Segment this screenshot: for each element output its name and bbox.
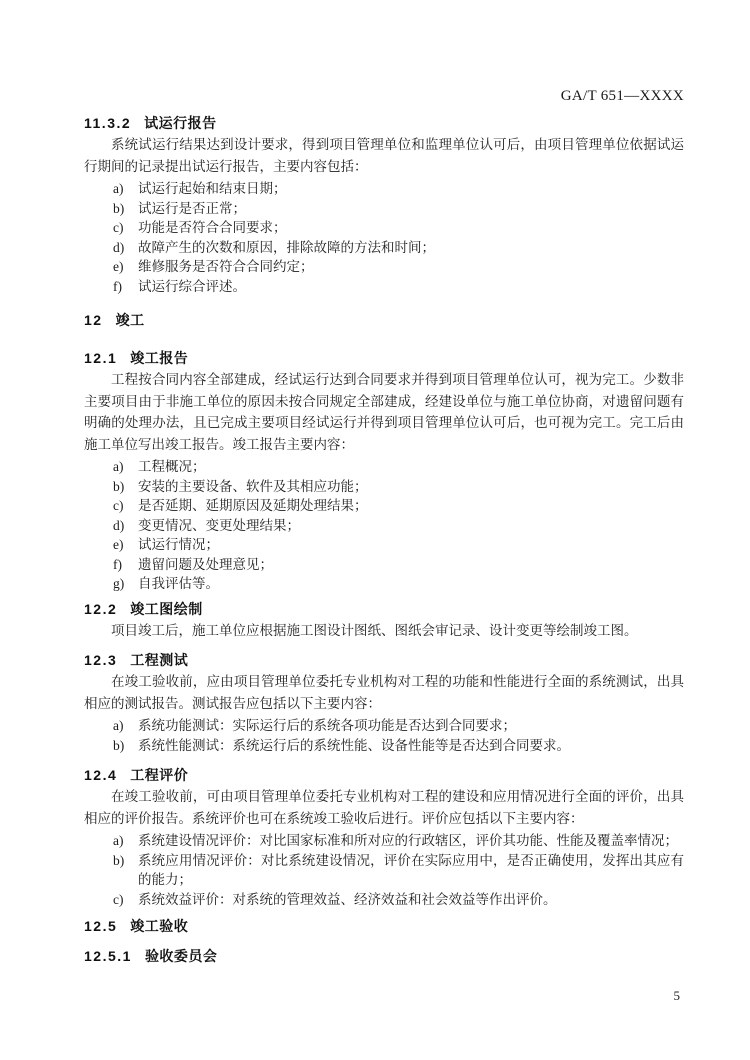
list-item-text: 是否延期、延期原因及延期处理结果； [138,496,684,516]
clause-heading-12-3: 12.3工程测试 [84,649,684,671]
list-item-text: 功能是否符合合同要求； [138,218,684,238]
clause-number: 12.5.1 [84,945,132,967]
list-item-text: 故障产生的次数和原因，排除故障的方法和时间； [138,238,684,258]
list-item-text: 维修服务是否符合合同约定； [138,257,684,277]
paragraph: 工程按合同内容全部建成，经试运行达到合同要求并得到项目管理单位认可，视为完工。少… [84,369,684,455]
clause-title: 竣工 [116,312,145,328]
list-item-text: 试运行情况； [138,535,684,555]
list-item-text: 试运行是否正常； [138,199,684,219]
clause-heading-12-2: 12.2竣工图绘制 [84,598,684,620]
list-item-text: 自我评估等。 [138,574,684,594]
list-item-label: c) [113,496,138,516]
list-item-label: b) [113,199,138,219]
list-item: e)试运行情况； [113,535,684,555]
list-item: b)系统应用情况评价：对比系统建设情况，评价在实际应用中，是否正确使用，发挥出其… [113,851,684,890]
list-item-text: 遗留问题及处理意见； [138,555,684,575]
page-number: 5 [674,988,681,1004]
list-item: d)变更情况、变更处理结果； [113,516,684,536]
list-item-text: 安装的主要设备、软件及其相应功能； [138,477,684,497]
list-item-text: 试运行起始和结束日期； [138,179,684,199]
clause-number: 12.4 [84,764,117,786]
list-item: d)故障产生的次数和原因，排除故障的方法和时间； [113,238,684,258]
list-item-label: e) [113,535,138,555]
clause-number: 12.3 [84,649,117,671]
list-item: b)系统性能测试：系统运行后的系统性能、设备性能等是否达到合同要求。 [113,736,684,756]
list-item: g)自我评估等。 [113,574,684,594]
doc-code: GA/T 651—XXXX [561,88,684,105]
clause-number: 12.2 [84,598,117,620]
clause-title: 竣工报告 [130,350,188,366]
list-item-label: f) [113,277,138,297]
list-item-label: a) [113,457,138,477]
clause-heading-11-3-2: 11.3.2试运行报告 [84,112,684,134]
clause-title: 工程测试 [130,652,188,668]
list-item-label: b) [113,736,138,756]
list-item-label: g) [113,574,138,594]
clause-title: 试运行报告 [144,115,217,131]
list-item: c)是否延期、延期原因及延期处理结果； [113,496,684,516]
paragraph: 在竣工验收前，应由项目管理单位委托专业机构对工程的功能和性能进行全面的系统测试，… [84,671,684,714]
list-item-text: 变更情况、变更处理结果； [138,516,684,536]
list-item: a)系统建设情况评价：对比国家标准和所对应的行政辖区，评价其功能、性能及覆盖率情… [113,831,684,851]
clause-number: 11.3.2 [84,112,131,134]
list-item: a)试运行起始和结束日期； [113,179,684,199]
clause-heading-12-5: 12.5竣工验收 [84,915,684,937]
clause-list-11-3-2: a)试运行起始和结束日期； b)试运行是否正常； c)功能是否符合合同要求； d… [84,179,684,296]
list-item-text: 系统性能测试：系统运行后的系统性能、设备性能等是否达到合同要求。 [138,736,684,756]
list-item-label: d) [113,238,138,258]
list-item-text: 系统效益评价：对系统的管理效益、经济效益和社会效益等作出评价。 [138,890,684,910]
list-item-label: a) [113,831,138,851]
clause-list-12-4: a)系统建设情况评价：对比国家标准和所对应的行政辖区，评价其功能、性能及覆盖率情… [84,831,684,909]
clause-number: 12.1 [84,347,117,369]
list-item: a)工程概况； [113,457,684,477]
list-item: f)遗留问题及处理意见； [113,555,684,575]
clause-title: 竣工图绘制 [130,601,203,617]
clause-heading-12-1: 12.1竣工报告 [84,347,684,369]
list-item: c)系统效益评价：对系统的管理效益、经济效益和社会效益等作出评价。 [113,890,684,910]
clause-title: 工程评价 [130,767,188,783]
list-item-label: c) [113,218,138,238]
list-item-text: 系统建设情况评价：对比国家标准和所对应的行政辖区，评价其功能、性能及覆盖率情况； [138,831,684,851]
list-item-label: b) [113,851,138,890]
list-item-label: a) [113,716,138,736]
list-item: f)试运行综合评述。 [113,277,684,297]
clause-title: 竣工验收 [130,918,188,934]
list-item-label: a) [113,179,138,199]
list-item: e)维修服务是否符合合同约定； [113,257,684,277]
clause-list-12-3: a)系统功能测试：实际运行后的系统各项功能是否达到合同要求； b)系统性能测试：… [84,716,684,755]
list-item: b)安装的主要设备、软件及其相应功能； [113,477,684,497]
list-item: a)系统功能测试：实际运行后的系统各项功能是否达到合同要求； [113,716,684,736]
paragraph: 在竣工验收前，可由项目管理单位委托专业机构对工程的建设和应用情况进行全面的评价，… [84,786,684,829]
clause-number: 12 [84,309,103,331]
clause-number: 12.5 [84,915,117,937]
list-item-label: e) [113,257,138,277]
list-item: c)功能是否符合合同要求； [113,218,684,238]
list-item-label: f) [113,555,138,575]
list-item-text: 工程概况； [138,457,684,477]
document-page: GA/T 651—XXXX 11.3.2试运行报告 系统试运行结果达到设计要求，… [0,0,750,1060]
list-item-text: 试运行综合评述。 [138,277,684,297]
clause-heading-12-4: 12.4工程评价 [84,764,684,786]
list-item-text: 系统应用情况评价：对比系统建设情况，评价在实际应用中，是否正确使用，发挥出其应有… [138,851,684,890]
list-item-label: c) [113,890,138,910]
list-item: b)试运行是否正常； [113,199,684,219]
list-item-text: 系统功能测试：实际运行后的系统各项功能是否达到合同要求； [138,716,684,736]
paragraph: 项目竣工后，施工单位应根据施工图设计图纸、图纸会审记录、设计变更等绘制竣工图。 [84,620,684,642]
paragraph: 系统试运行结果达到设计要求，得到项目管理单位和监理单位认可后，由项目管理单位依据… [84,134,684,177]
list-item-label: d) [113,516,138,536]
list-item-label: b) [113,477,138,497]
clause-list-12-1: a)工程概况； b)安装的主要设备、软件及其相应功能； c)是否延期、延期原因及… [84,457,684,594]
clause-title: 验收委员会 [145,948,218,964]
clause-heading-12-5-1: 12.5.1验收委员会 [84,945,684,967]
chapter-heading-12: 12竣工 [84,309,684,331]
